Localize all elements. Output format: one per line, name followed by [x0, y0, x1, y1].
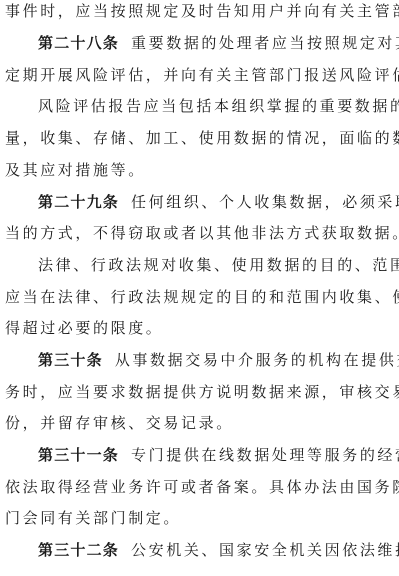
article-number: 第二十八条 [38, 34, 119, 52]
article-text: 从事数据交易中介服务的机构在提供交易中介服 [115, 351, 399, 369]
text-line: 当的方式，不得窃取或者以其他非法方式获取数据。 [5, 223, 399, 243]
text-line: 事件时，应当按照规定及时告知用户并向有关主管部门报告。 [5, 1, 399, 21]
article-29-line: 第二十九条任何组织、个人收集数据，必须采取合法、正 [38, 192, 399, 212]
text-line: 得超过必要的限度。 [5, 318, 399, 338]
article-text: 专门提供在线数据处理等服务的经营者，应当 [131, 446, 399, 464]
article-number: 第三十二条 [38, 541, 119, 559]
article-text: 重要数据的处理者应当按照规定对其数据活动 [131, 34, 399, 52]
article-31-line: 第三十一条专门提供在线数据处理等服务的经营者，应当 [38, 445, 399, 465]
paragraph-line: 法律、行政法规对收集、使用数据的目的、范围有规定的， [38, 255, 399, 275]
text-line: 及其应对措施等。 [5, 160, 399, 180]
article-number: 第二十九条 [38, 193, 119, 211]
article-number: 第三十一条 [38, 446, 119, 464]
text-line: 定期开展风险评估，并向有关主管部门报送风险评估报告。 [5, 65, 399, 85]
article-32-line: 第三十二条公安机关、国家安全机关因依法维护国家安全 [38, 540, 399, 560]
text-line: 依法取得经营业务许可或者备案。具体办法由国务院电信主管部 [5, 477, 399, 497]
article-text: 公安机关、国家安全机关因依法维护国家安全 [131, 541, 399, 559]
text-line: 量，收集、存储、加工、使用数据的情况，面临的数据安全风险 [5, 128, 399, 148]
article-28-line: 第二十八条重要数据的处理者应当按照规定对其数据活动 [38, 33, 399, 53]
article-number: 第三十条 [38, 351, 103, 369]
text-line: 门会同有关部门制定。 [5, 508, 399, 528]
article-text: 任何组织、个人收集数据，必须采取合法、正 [131, 193, 399, 211]
text-line: 份，并留存审核、交易记录。 [5, 413, 399, 433]
text-line: 应当在法律、行政法规规定的目的和范围内收集、使用数据，不 [5, 287, 399, 307]
article-30-line: 第三十条从事数据交易中介服务的机构在提供交易中介服 [38, 350, 399, 370]
paragraph-line: 风险评估报告应当包括本组织掌握的重要数据的种类、数 [38, 96, 399, 116]
text-line: 务时，应当要求数据提供方说明数据来源，审核交易双方的身 [5, 382, 399, 402]
